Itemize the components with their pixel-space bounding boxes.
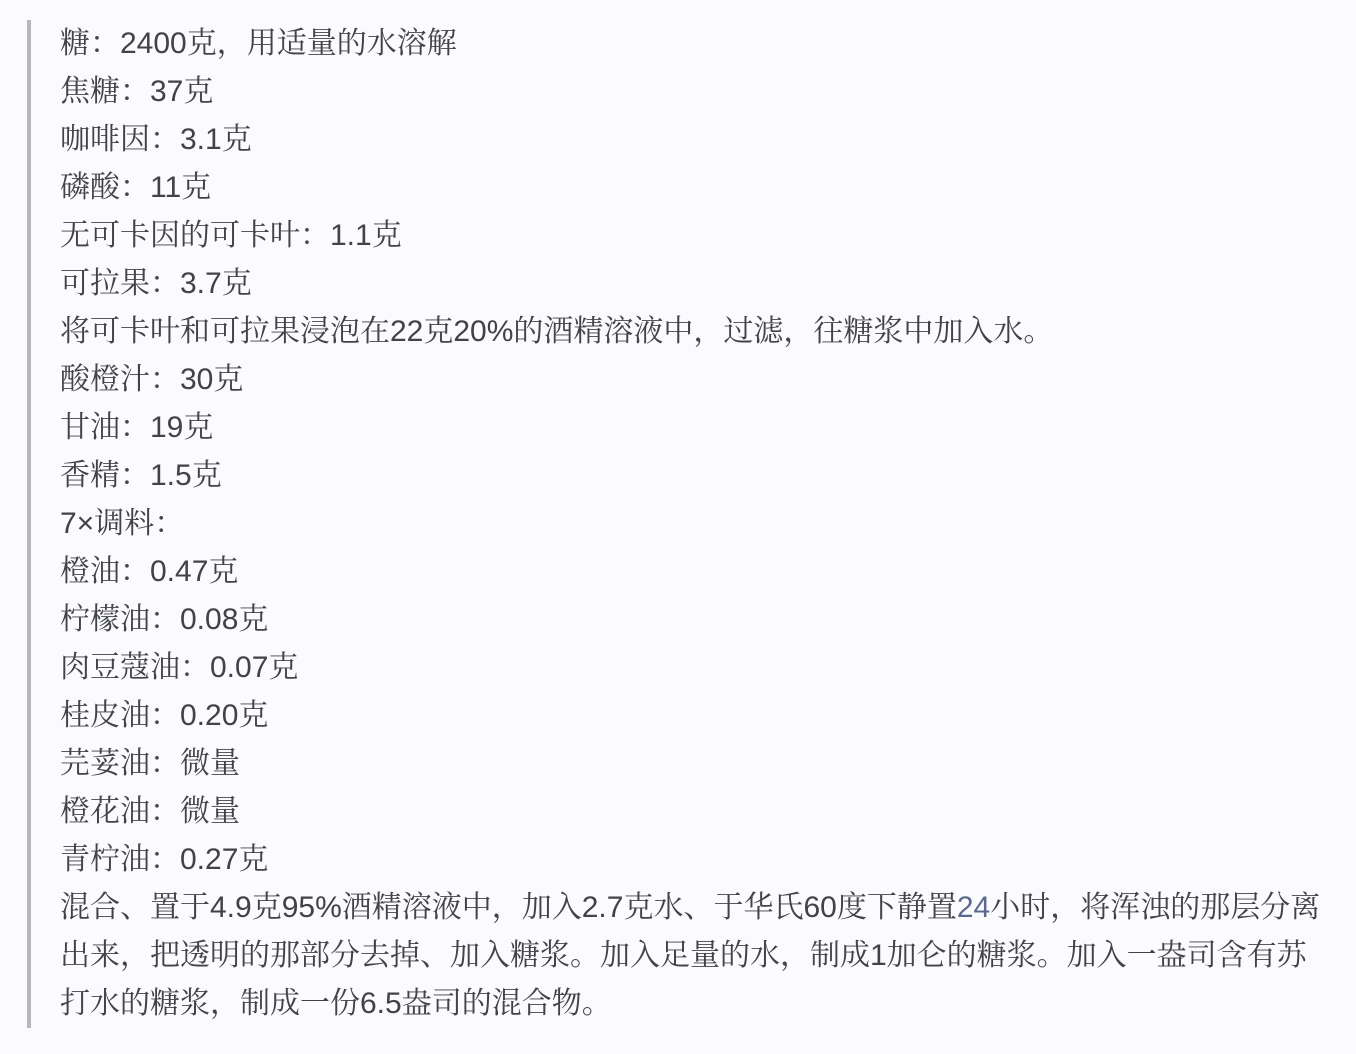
recipe-line-kola-nut: 可拉果：3.7克 xyxy=(60,260,1328,308)
recipe-line-flavoring: 香精：1.5克 xyxy=(60,452,1328,500)
recipe-line-phosphoric-acid: 磷酸：11克 xyxy=(60,164,1328,212)
recipe-line-nutmeg-oil: 肉豆蔻油：0.07克 xyxy=(60,644,1328,692)
recipe-line-caramel: 焦糖：37克 xyxy=(60,68,1328,116)
recipe-line-lime-juice: 酸橙汁：30克 xyxy=(60,356,1328,404)
recipe-line-cinnamon-oil: 桂皮油：0.20克 xyxy=(60,692,1328,740)
recipe-line-caffeine: 咖啡因：3.1克 xyxy=(60,116,1328,164)
final-paragraph-before: 混合、置于4.9克95%酒精溶液中，加入2.7克水、于华氏60度下静置 xyxy=(60,891,957,924)
recipe-line-orange-oil: 橙油：0.47克 xyxy=(60,548,1328,596)
recipe-line-coca-leaf: 无可卡因的可卡叶：1.1克 xyxy=(60,212,1328,260)
recipe-line-7x-heading: 7×调料： xyxy=(60,500,1328,548)
recipe-line-glycerin: 甘油：19克 xyxy=(60,404,1328,452)
recipe-line-lemon-oil: 柠檬油：0.08克 xyxy=(60,596,1328,644)
final-paragraph-highlight-24: 24 xyxy=(957,891,990,924)
recipe-step-soak: 将可卡叶和可拉果浸泡在22克20%的酒精溶液中，过滤，往糖浆中加入水。 xyxy=(60,308,1328,356)
recipe-line-neroli-oil: 橙花油：微量 xyxy=(60,788,1328,836)
recipe-final-paragraph: 混合、置于4.9克95%酒精溶液中，加入2.7克水、于华氏60度下静置24小时，… xyxy=(60,884,1328,1028)
recipe-line-lime-oil: 青柠油：0.27克 xyxy=(60,836,1328,884)
recipe-line-sugar: 糖：2400克，用适量的水溶解 xyxy=(60,20,1328,68)
recipe-line-coriander-oil: 芫荽油：微量 xyxy=(60,740,1328,788)
recipe-blockquote: 糖：2400克，用适量的水溶解 焦糖：37克 咖啡因：3.1克 磷酸：11克 无… xyxy=(27,20,1328,1028)
